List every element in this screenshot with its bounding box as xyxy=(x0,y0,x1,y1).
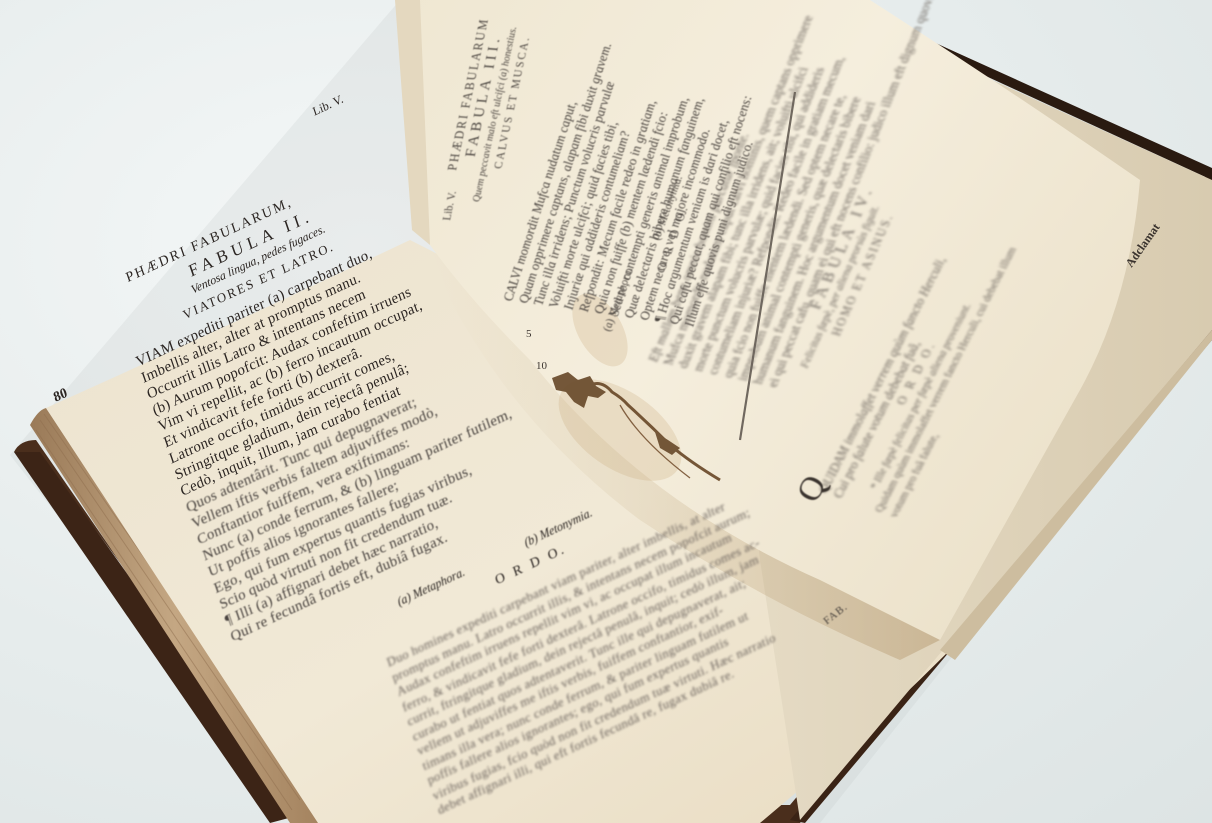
line-marker-5: 5 xyxy=(526,328,532,340)
line-marker-10: 10 xyxy=(536,360,547,372)
